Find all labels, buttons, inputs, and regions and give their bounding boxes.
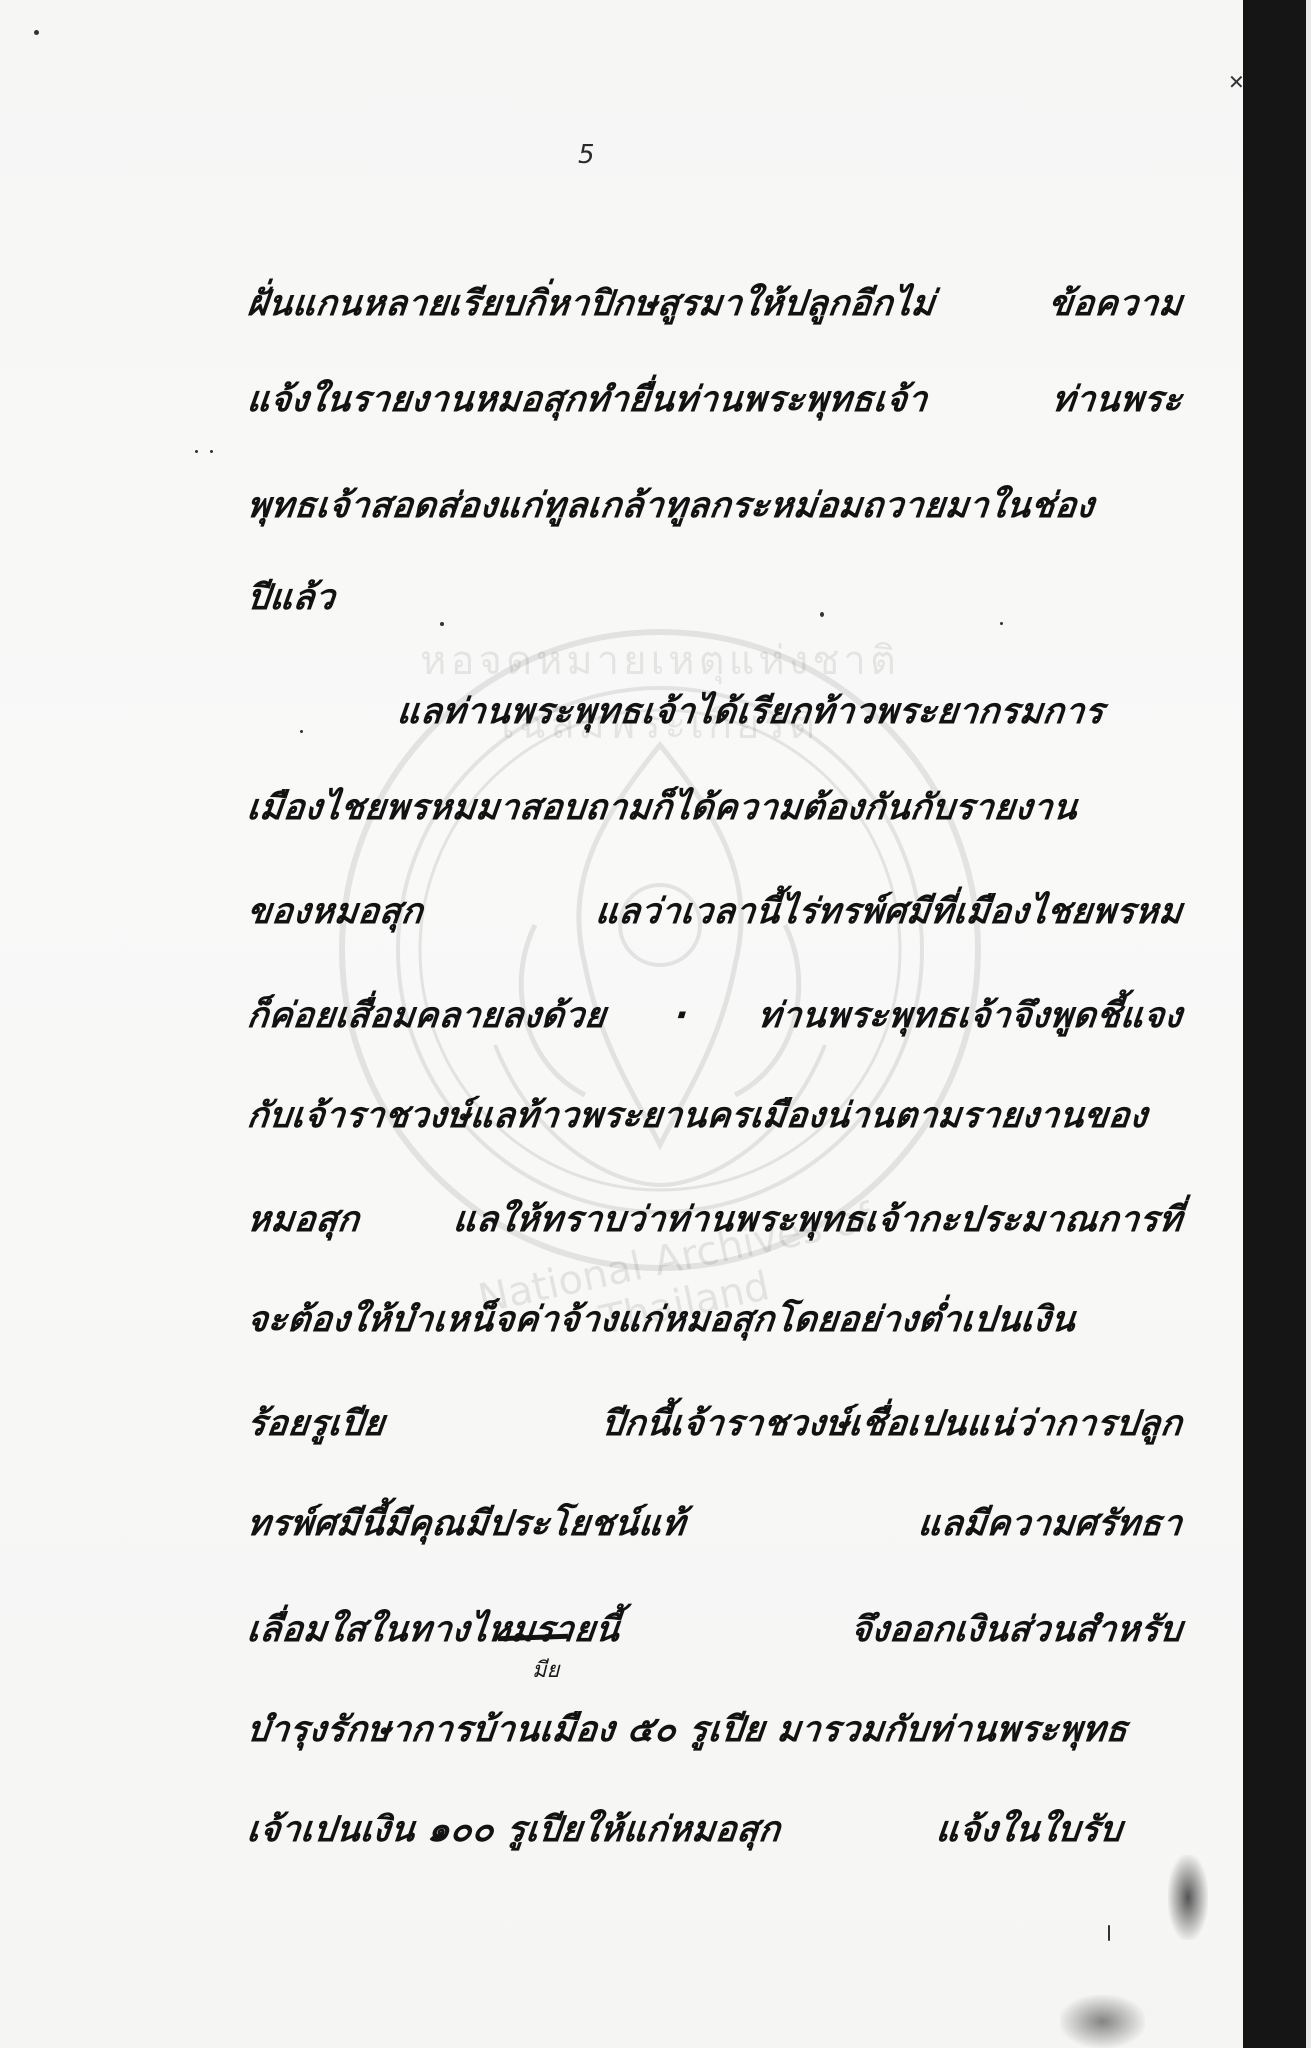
scan-edge-strip — [1306, 0, 1311, 2048]
line-segment: แจ้งในรายงานหมอสุกทำยื่นท่านพระพุทธเจ้า — [245, 378, 930, 422]
line-segment: เจ้าเปนเงิน ๑๐๐ รูเปียให้แก่หมอสุก — [245, 1808, 783, 1852]
line-segment: · — [673, 994, 691, 1038]
text-line-3: พุทธเจ้าสอดส่องแก่ทูลเกล้าทูลกระหม่อมถวา… — [245, 484, 1185, 528]
photocopy-speck — [440, 622, 444, 626]
text-line-10: หมอสุก แลให้ทราบว่าท่านพระพุทธเจ้ากะประม… — [245, 1198, 1185, 1242]
line-segment: ท่านพระพุทธเจ้าจึงพูดชี้แจง — [756, 994, 1185, 1038]
photocopy-speck — [1108, 1925, 1110, 1941]
line-segment: แจ้งในใบรับ — [934, 1808, 1125, 1852]
photocopy-speck — [300, 730, 303, 733]
photocopy-smudge — [1060, 1995, 1145, 2048]
line-segment: ปีแล้ว — [245, 576, 338, 620]
text-line-5-paragraph-start: แลท่านพระพุทธเจ้าได้เรียกท้าวพระยากรมการ — [395, 690, 1185, 734]
line-segment: เมืองไชยพรหมมาสอบถามก็ได้ความต้องกันกับร… — [245, 786, 1080, 830]
text-line-15: บำรุงรักษาการบ้านเมือง ๕๐ รูเปีย มารวมกั… — [245, 1708, 1185, 1752]
text-line-11: จะต้องให้บำเหน็จค่าจ้างแก่หมอสุกโดยอย่าง… — [245, 1298, 1185, 1342]
photocopy-speck — [1000, 622, 1003, 625]
line-segment: จะต้องให้บำเหน็จค่าจ้างแก่หมอสุกโดยอย่าง… — [245, 1298, 1078, 1342]
line-segment: ก็ค่อยเสื่อมคลายลงด้วย — [245, 994, 608, 1038]
line-segment: ข้อความ — [1046, 282, 1184, 326]
line-segment: ฝั่นแกนหลายเรียบกิ่หาปิกษสูรมาให้ปลูกอีก… — [245, 282, 937, 326]
photocopy-speck — [210, 450, 213, 453]
line-segment: ทรพ์ศมีนี้มีคุณมีประโยชน์แท้ — [245, 1502, 688, 1546]
text-line-6: เมืองไชยพรหมมาสอบถามก็ได้ความต้องกันกับร… — [245, 786, 1185, 830]
text-line-14: เลื่อมใสในทางไหมรายนี้ จึงออกเงินส่วนสำห… — [245, 1608, 1185, 1652]
text-line-4: ปีแล้ว — [245, 576, 1185, 620]
line-segment: ร้อยรูเปีย — [245, 1402, 387, 1446]
line-segment: บำรุงรักษาการบ้านเมือง ๕๐ รูเปีย มารวมกั… — [245, 1708, 1130, 1752]
line-segment: ท่านพระ — [1050, 378, 1185, 422]
line-segment: พุทธเจ้าสอดส่องแก่ทูลเกล้าทูลกระหม่อมถวา… — [245, 484, 1097, 528]
scan-edge-black-bar — [1243, 0, 1306, 2048]
text-line-13: ทรพ์ศมีนี้มีคุณมีประโยชน์แท้ แลมีความศรั… — [245, 1502, 1185, 1546]
photocopy-smudge — [1168, 1855, 1208, 1940]
text-line-2: แจ้งในรายงานหมอสุกทำยื่นท่านพระพุทธเจ้า … — [245, 378, 1185, 422]
line-segment: ปีกนี้เจ้าราชวงษ์เชื่อเปนแน่ว่าการปลูก — [599, 1402, 1184, 1446]
photocopy-speck — [195, 450, 198, 453]
line-segment: จึงออกเงินส่วนสำหรับ — [849, 1608, 1185, 1652]
photocopy-speck — [820, 612, 824, 617]
text-line-9: กับเจ้าราชวงษ์แลท้าวพระยานครเมืองน่านตาม… — [245, 1094, 1185, 1138]
text-line-8: ก็ค่อยเสื่อมคลายลงด้วย · ท่านพระพุทธเจ้า… — [245, 994, 1185, 1038]
text-line-12: ร้อยรูเปีย ปีกนี้เจ้าราชวงษ์เชื่อเปนแน่ว… — [245, 1402, 1185, 1446]
line-segment: ของหมอสุก — [245, 890, 425, 934]
text-line-7: ของหมอสุก แลว่าเวลานี้ไร่ทรพ์ศมีที่เมือง… — [245, 890, 1185, 934]
line-segment: เลื่อมใสในทางไหมรายนี้ — [245, 1608, 622, 1652]
manuscript-page: หอจดหมายเหตุแห่งชาติเฉลิมพระเกียรติ Nati… — [0, 0, 1243, 2048]
photocopy-speck — [34, 30, 39, 35]
line-segment: หมอสุก — [245, 1198, 362, 1242]
line-segment: แลว่าเวลานี้ไร่ทรพ์ศมีที่เมืองไชยพรหม — [593, 890, 1184, 934]
text-line-16: เจ้าเปนเงิน ๑๐๐ รูเปียให้แก่หมอสุก แจ้งใ… — [245, 1808, 1185, 1852]
line-segment: กับเจ้าราชวงษ์แลท้าวพระยานครเมืองน่านตาม… — [245, 1094, 1150, 1138]
page-number: 5 — [578, 140, 595, 170]
interlinear-insertion: มีย — [532, 1652, 559, 1687]
text-line-1: ฝั่นแกนหลายเรียบกิ่หาปิกษสูรมาให้ปลูกอีก… — [245, 282, 1185, 326]
line-segment: แลมีความศรัทธา — [916, 1502, 1185, 1546]
line-segment: แลท่านพระพุทธเจ้าได้เรียกท้าวพระยากรมการ — [395, 690, 1106, 734]
line-segment: แลให้ทราบว่าท่านพระพุทธเจ้ากะประมาณการที… — [451, 1198, 1185, 1242]
